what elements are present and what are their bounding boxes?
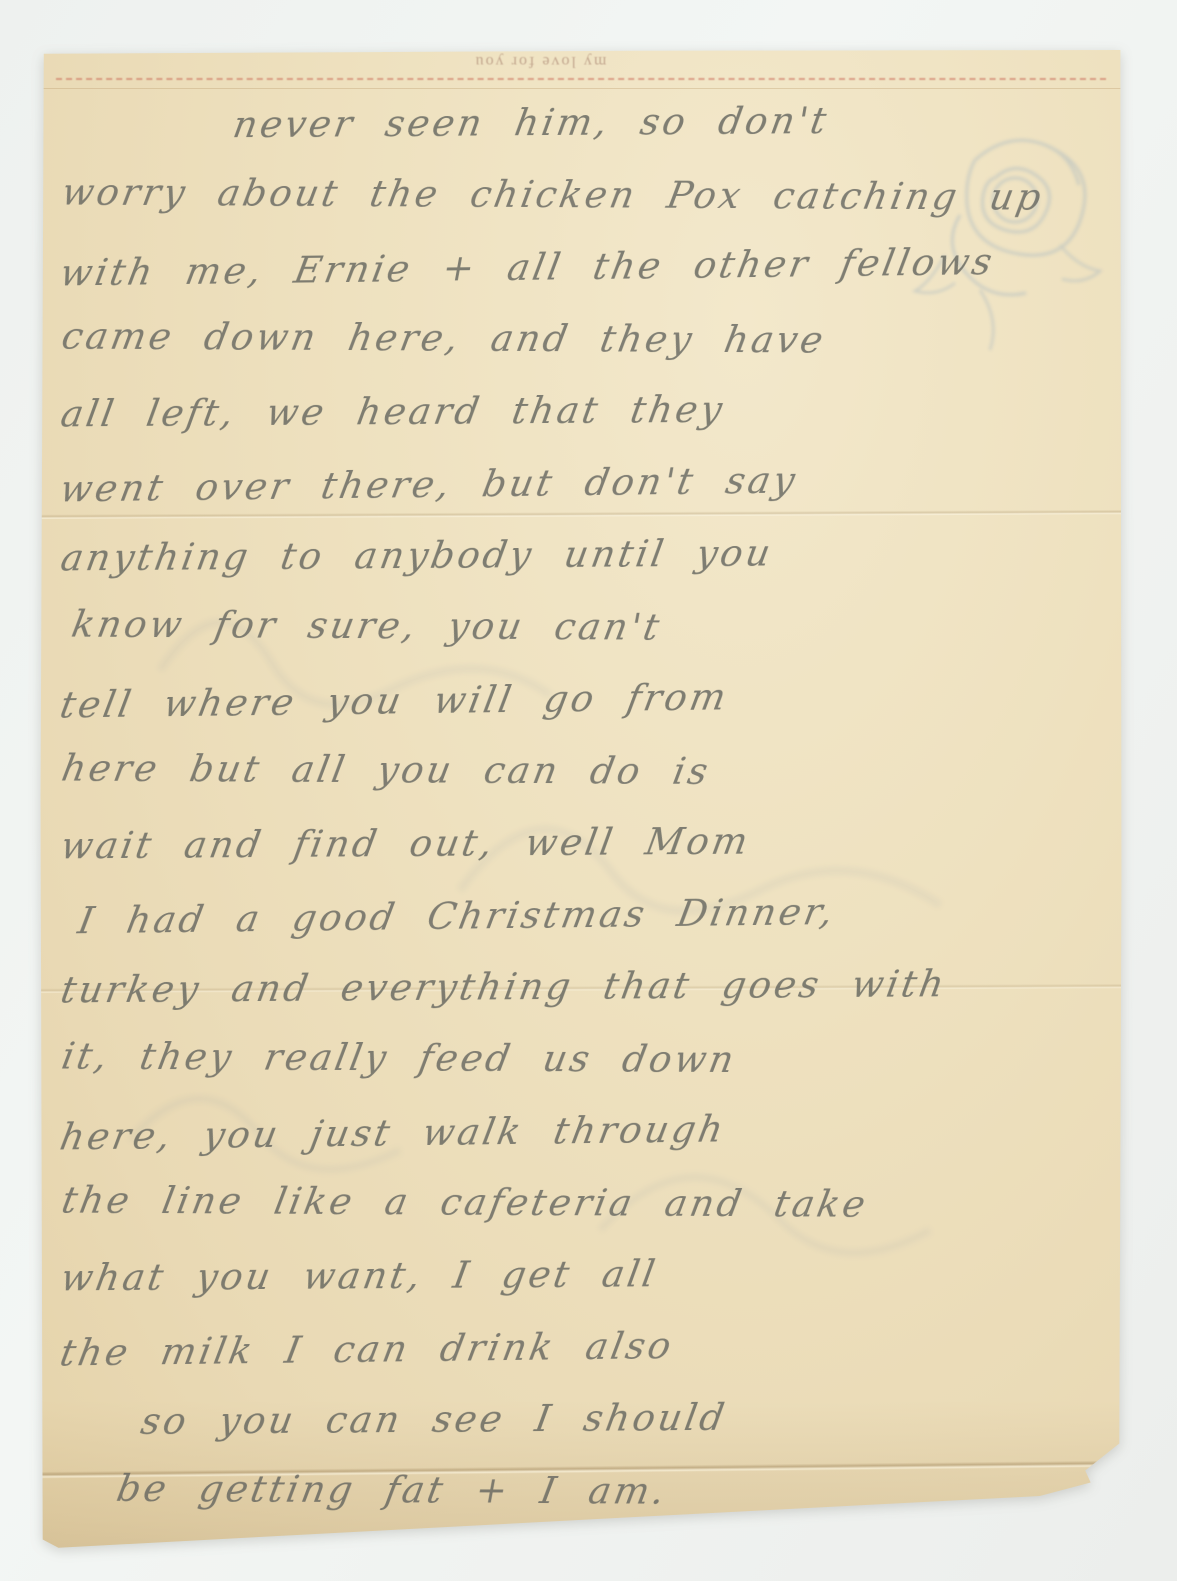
handwritten-line: I had a good Christmas Dinner, (54, 872, 1099, 957)
handwritten-line: anything to anybody until you (55, 514, 1098, 593)
handwritten-line: worry about the chicken Pox catching up (56, 155, 1098, 232)
handwriting-block: never seen him, so don'tworry about the … (62, 86, 1092, 1526)
handwritten-line: here but all you can do is (56, 731, 1098, 808)
letter-paper-wrapper: my love for you (40, 50, 1122, 1550)
handwritten-line: so you can see I should (55, 1378, 1098, 1457)
scanned-letter-page: my love for you (0, 0, 1177, 1581)
handwritten-line: with me, Ernie + all the other fellows (54, 224, 1099, 309)
handwritten-line: what you want, I get all (55, 1234, 1098, 1313)
letter-paper: my love for you (40, 50, 1122, 1550)
handwritten-line: all left, we heard that they (55, 370, 1098, 449)
red-decorative-rule (56, 78, 1106, 80)
handwritten-line: be getting fat + I am. (56, 1451, 1098, 1528)
handwritten-line: came down here, and they have (56, 299, 1098, 376)
handwritten-line: the line like a cafeteria and take (56, 1163, 1098, 1240)
handwritten-line: never seen him, so don't (55, 82, 1098, 161)
handwritten-line: it, they really feed us down (56, 1019, 1098, 1096)
handwritten-line: here, you just walk through (54, 1088, 1099, 1173)
bleedthrough-text: my love for you (160, 52, 920, 70)
handwritten-line: turkey and everything that goes with (55, 946, 1098, 1025)
handwritten-line: tell where you will go from (54, 656, 1099, 741)
handwritten-line: wait and find out, well Mom (55, 802, 1098, 881)
handwritten-line: know for sure, you can't (56, 587, 1098, 664)
handwritten-line: the milk I can drink also (54, 1304, 1099, 1389)
handwritten-line: went over there, but don't say (54, 440, 1099, 525)
